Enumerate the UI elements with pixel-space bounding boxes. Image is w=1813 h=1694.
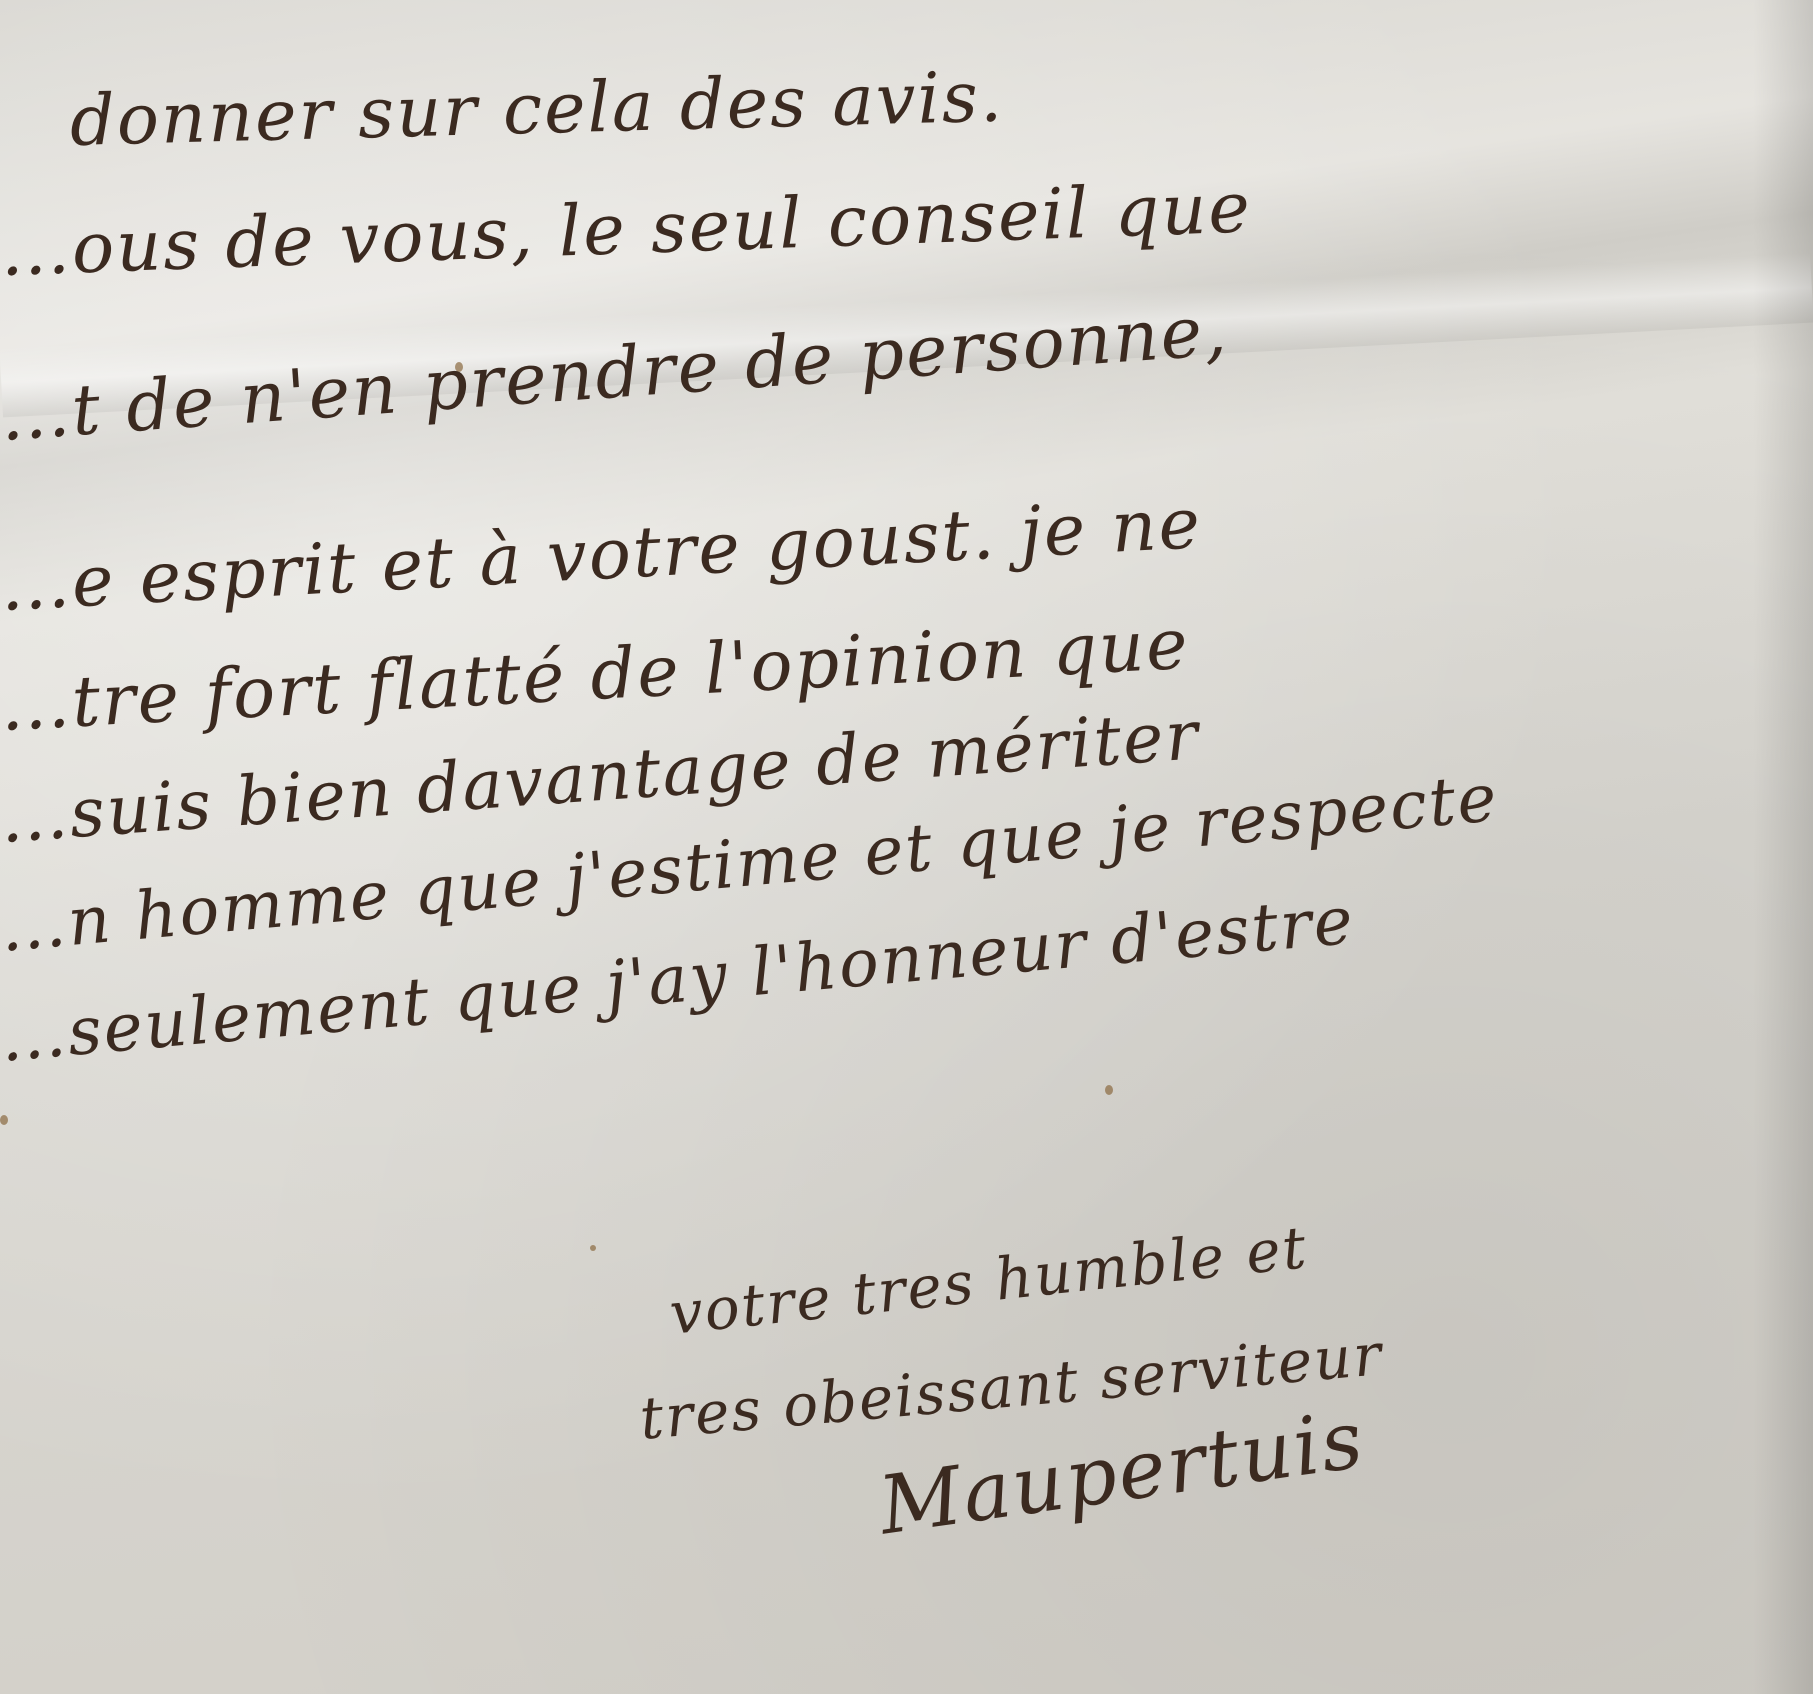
- paper-stain: [590, 1245, 596, 1251]
- paper-stain: [1105, 1085, 1113, 1095]
- paper-stain: [0, 1115, 8, 1125]
- paper-edge-shadow: [1753, 0, 1813, 1694]
